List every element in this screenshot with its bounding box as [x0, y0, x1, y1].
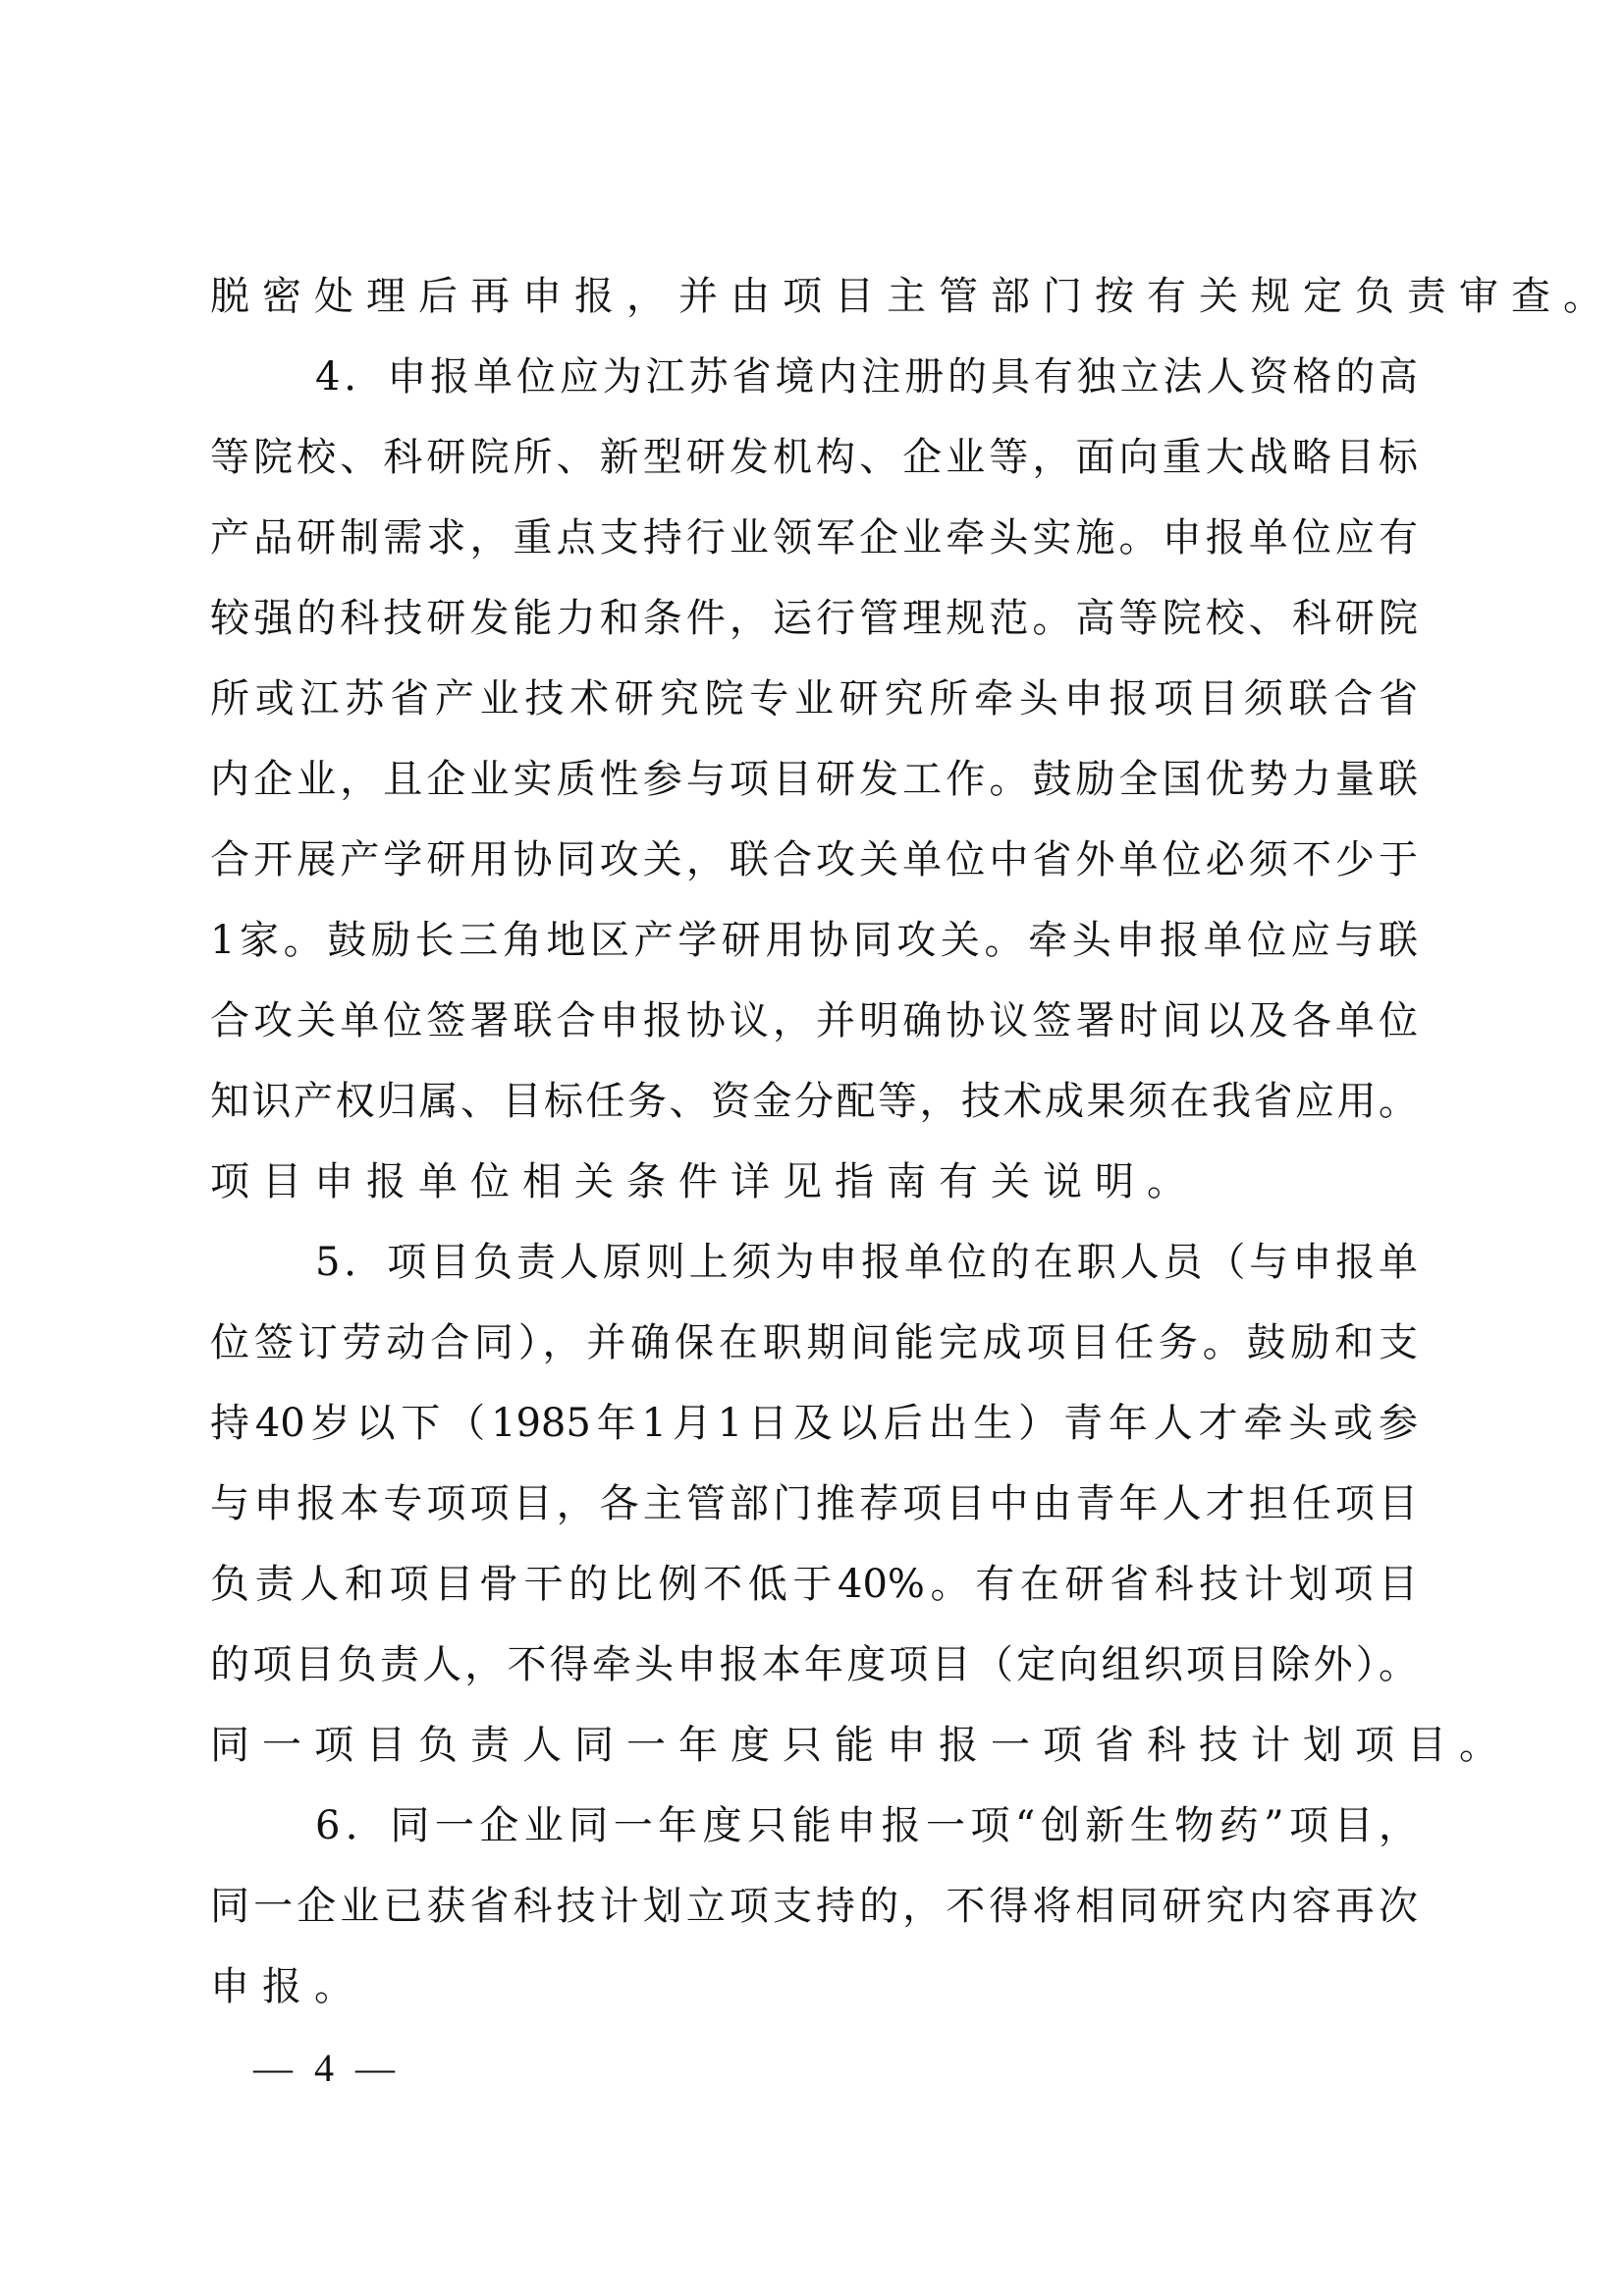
paragraph-line: 内企业，且企业实质性参与项目研发工作。鼓励全国优势力量联	[210, 739, 1418, 820]
paragraph-line: 较强的科技研发能力和条件，运行管理规范。高等院校、科研院	[210, 578, 1418, 659]
paragraph-line: 的项目负责人，不得牵头申报本年度项目（定向组织项目除外）。	[210, 1625, 1418, 1705]
paragraph-line: 知识产权归属、目标任务、资金分配等，技术成果须在我省应用。	[210, 1061, 1418, 1142]
paragraph-line: 所或江苏省产业技术研究院专业研究所牵头申报项目须联合省	[210, 659, 1418, 739]
paragraph-line: 脱密处理后再申报，并由项目主管部门按有关规定负责审查。	[210, 256, 1418, 337]
paragraph-line: 项目申报单位相关条件详见指南有关说明。	[210, 1142, 1418, 1222]
paragraph-line: 与申报本专项项目，各主管部门推荐项目中由青年人才担任项目	[210, 1464, 1418, 1544]
document-page: 脱密处理后再申报，并由项目主管部门按有关规定负责审查。 4．申报单位应为江苏省境…	[0, 0, 1624, 2296]
paragraph-line: 5．项目负责人原则上须为申报单位的在职人员（与申报单	[210, 1222, 1418, 1303]
paragraph-line: 申报。	[210, 1947, 1418, 2027]
paragraph-line: 合攻关单位签署联合申报协议，并明确协议签署时间以及各单位	[210, 981, 1418, 1061]
paragraph-line: 1家。鼓励长三角地区产学研用协同攻关。牵头申报单位应与联	[210, 900, 1418, 981]
paragraph-line: 等院校、科研院所、新型研发机构、企业等，面向重大战略目标	[210, 417, 1418, 498]
page-number: — 4 —	[253, 2044, 401, 2093]
paragraph-line: 同一项目负责人同一年度只能申报一项省科技计划项目。	[210, 1705, 1418, 1786]
paragraph-line: 6．同一企业同一年度只能申报一项“创新生物药”项目，	[210, 1786, 1418, 1866]
paragraph-line: 位签订劳动合同），并确保在职期间能完成项目任务。鼓励和支	[210, 1303, 1418, 1383]
paragraph-line: 持40岁以下（1985年1月1日及以后出生）青年人才牵头或参	[210, 1383, 1418, 1464]
document-body: 脱密处理后再申报，并由项目主管部门按有关规定负责审查。 4．申报单位应为江苏省境…	[210, 256, 1418, 2027]
paragraph-line: 同一企业已获省科技计划立项支持的，不得将相同研究内容再次	[210, 1866, 1418, 1947]
paragraph-line: 合开展产学研用协同攻关，联合攻关单位中省外单位必须不少于	[210, 820, 1418, 900]
paragraph-line: 负责人和项目骨干的比例不低于40%。有在研省科技计划项目	[210, 1544, 1418, 1625]
paragraph-line: 4．申报单位应为江苏省境内注册的具有独立法人资格的高	[210, 337, 1418, 417]
paragraph-line: 产品研制需求，重点支持行业领军企业牵头实施。申报单位应有	[210, 498, 1418, 578]
